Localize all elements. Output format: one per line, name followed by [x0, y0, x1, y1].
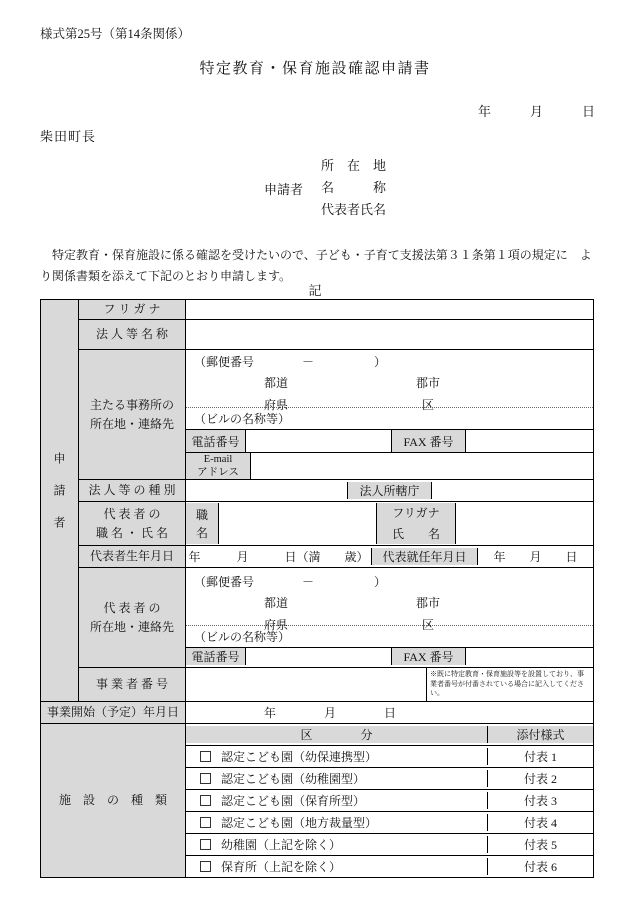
rep-address-label: 代 表 者 の 所在地・連絡先	[79, 568, 186, 668]
category-column-header: 区 分	[186, 726, 487, 743]
rep-address-block: （郵便番号 － ） 都道 府県 郡市 区 （ビルの名称等） 電話番号 FAX 番…	[186, 570, 593, 665]
attachment-form-label: 付表 6	[487, 858, 593, 875]
facility-option-label: 認定こども園（地方裁量型）	[221, 814, 377, 831]
facility-option-label: 認定こども園（幼稚園型）	[221, 770, 365, 787]
applicant-section-side-label: 申請者	[41, 300, 79, 702]
facility-row: 保育所（上記を除く） 付表 6	[186, 858, 593, 875]
facility-option-label: 認定こども園（幼保連携型）	[221, 748, 377, 765]
business-number-field[interactable]	[186, 668, 426, 700]
facility-option-label: 幼稚園（上記を除く）	[221, 836, 341, 853]
fax-field[interactable]	[466, 430, 593, 452]
facility-option-nintei-chiho[interactable]: 認定こども園（地方裁量型）	[186, 814, 487, 831]
date-field[interactable]: 年 月 日	[478, 101, 595, 120]
corp-name-label: 法 人 等 名 称	[79, 320, 186, 350]
rep-postal-code-field[interactable]: （郵便番号 － ）	[186, 573, 593, 590]
applicant-name-label[interactable]: 名 称	[321, 177, 386, 199]
email-label: E-mail アドレス	[186, 453, 251, 479]
furigana-label: フ リ ガ ナ	[79, 300, 186, 320]
form-number: 様式第25号（第14条関係）	[40, 24, 190, 42]
corp-name-field[interactable]	[186, 320, 594, 350]
rep-building-name-field[interactable]: （ビルの名称等）	[186, 626, 593, 648]
attachment-form-label: 付表 1	[487, 748, 593, 765]
attachment-form-label: 付表 4	[487, 814, 593, 831]
main-office-address-block: （郵便番号 － ） 都道 府県 郡市 区 （ビルの名称等） 電話番号 FAX 番…	[186, 350, 593, 479]
page-title: 特定教育・保育施設確認申請書	[0, 57, 630, 78]
rep-phone-label: 電話番号	[186, 648, 246, 665]
facility-option-hoikusho[interactable]: 保育所（上記を除く）	[186, 858, 487, 875]
facility-row: 認定こども園（幼保連携型） 付表 1	[186, 748, 593, 765]
phone-field[interactable]	[246, 430, 391, 452]
attachment-column-header: 添付様式	[487, 726, 593, 743]
rep-appointment-field[interactable]: 年 月 日	[478, 548, 593, 565]
email-field[interactable]	[251, 453, 593, 479]
attachment-form-label: 付表 3	[487, 792, 593, 809]
ki-mark: 記	[0, 280, 630, 299]
facility-option-label: 保育所（上記を除く）	[221, 858, 341, 875]
business-number-label: 事 業 者 番 号	[79, 668, 186, 701]
rep-fax-field[interactable]	[466, 648, 593, 665]
job-title-field[interactable]	[219, 503, 376, 544]
applicant-signature-block: 申請者 所 在 地 名 称 代表者氏名	[264, 155, 386, 221]
facility-type-side-label: 施 設 の 種 類	[41, 723, 186, 877]
facility-option-yochien[interactable]: 幼稚園（上記を除く）	[186, 836, 487, 853]
rep-birthdate-field[interactable]: 年 月 日（満 歳）	[186, 548, 371, 565]
jurisdiction-field[interactable]	[432, 482, 593, 499]
furigana-name-label: フリガナ 氏 名	[376, 503, 456, 544]
applicant-prefix-label: 申請者	[264, 179, 303, 198]
facility-option-nintei-yoho[interactable]: 認定こども園（幼保連携型）	[186, 748, 487, 765]
jurisdiction-label: 法人所轄庁	[347, 482, 432, 499]
job-title-label: 職 名	[186, 503, 219, 544]
facility-row: 認定こども園（保育所型） 付表 3	[186, 792, 593, 809]
applicant-representative-label[interactable]: 代表者氏名	[321, 199, 386, 221]
rep-fax-label: FAX 番号	[391, 648, 466, 665]
start-date-field[interactable]: 年 月 日	[186, 704, 396, 721]
rep-phone-field[interactable]	[246, 648, 391, 665]
checkbox-icon[interactable]	[200, 839, 211, 850]
facility-row: 幼稚園（上記を除く） 付表 5	[186, 836, 593, 853]
facility-option-nintei-yochien[interactable]: 認定こども園（幼稚園型）	[186, 770, 487, 787]
building-name-field[interactable]: （ビルの名称等）	[186, 408, 593, 430]
phone-label: 電話番号	[186, 430, 246, 452]
application-form-table: 申請者 フ リ ガ ナ 法 人 等 名 称 主たる事務所の 所在地・連絡先 （郵…	[40, 299, 594, 878]
facility-option-nintei-hoikusho[interactable]: 認定こども園（保育所型）	[186, 792, 487, 809]
checkbox-icon[interactable]	[200, 773, 211, 784]
checkbox-icon[interactable]	[200, 861, 211, 872]
facility-option-label: 認定こども園（保育所型）	[221, 792, 365, 809]
applicant-address-label[interactable]: 所 在 地	[321, 155, 386, 177]
fax-label: FAX 番号	[391, 430, 466, 452]
business-number-note: ※既に特定教育・保育施設等を設置しており、事業者番号が付番されている場合に記入し…	[426, 668, 593, 700]
addressee-label: 柴田町長	[40, 126, 96, 145]
rep-appointment-label: 代表就任年月日	[371, 548, 478, 565]
checkbox-icon[interactable]	[200, 795, 211, 806]
main-office-label: 主たる事務所の 所在地・連絡先	[79, 350, 186, 480]
attachment-form-label: 付表 2	[487, 770, 593, 787]
rep-birthdate-label: 代表者生年月日	[79, 546, 186, 568]
attachment-form-label: 付表 5	[487, 836, 593, 853]
facility-row: 認定こども園（幼稚園型） 付表 2	[186, 770, 593, 787]
corp-type-field[interactable]	[186, 482, 347, 499]
facility-row: 認定こども園（地方裁量型） 付表 4	[186, 814, 593, 831]
rep-title-name-label: 代 表 者 の 職 名 ・ 氏 名	[79, 502, 186, 546]
postal-code-field[interactable]: （郵便番号 － ）	[186, 353, 593, 370]
start-date-label: 事業開始（予定）年月日	[41, 701, 186, 723]
checkbox-icon[interactable]	[200, 751, 211, 762]
checkbox-icon[interactable]	[200, 817, 211, 828]
furigana-field[interactable]	[186, 300, 594, 320]
corp-type-label: 法 人 等 の 種 別	[79, 480, 186, 502]
